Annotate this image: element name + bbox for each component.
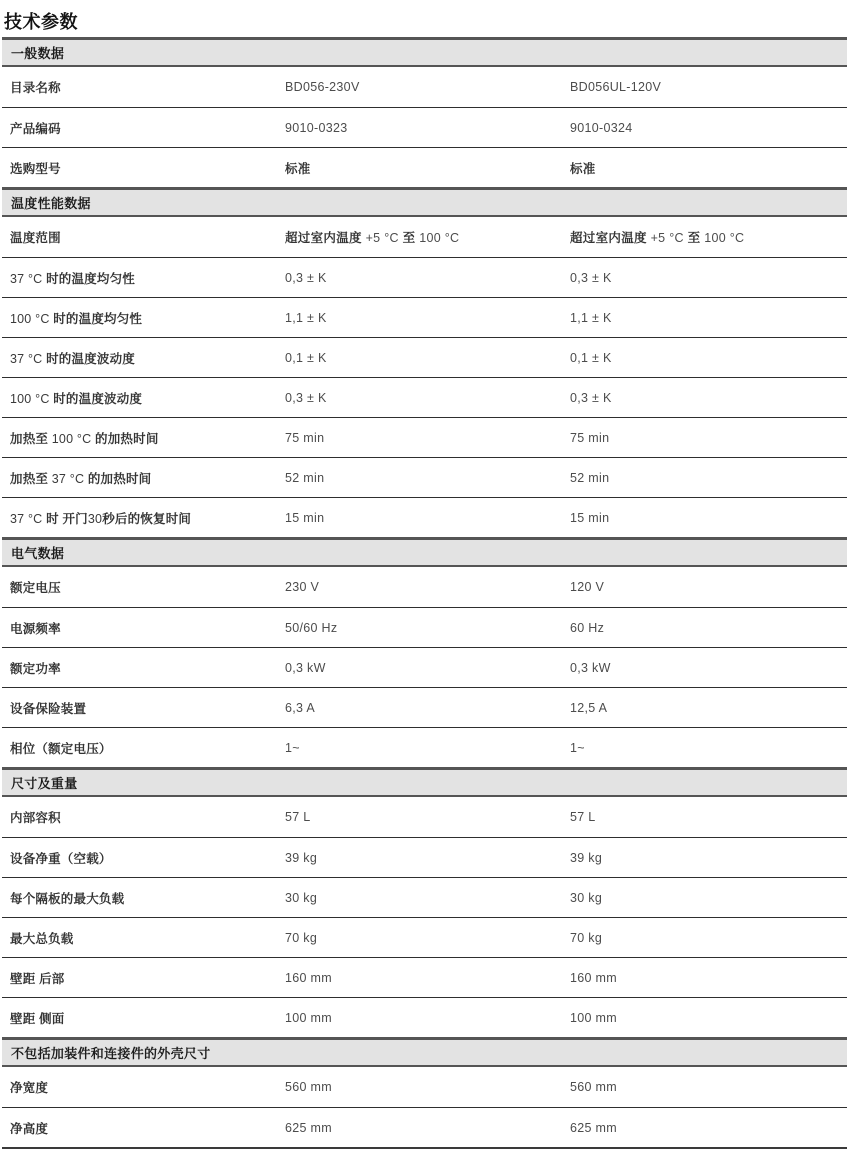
cell-value-col2: 1,1 ± K <box>570 311 847 325</box>
row-label: 额定功率 <box>10 659 285 677</box>
cell-value-col2: 160 mm <box>570 971 847 985</box>
row-label: 壁距 侧面 <box>10 1009 285 1027</box>
cell-value-col2: 120 V <box>570 580 847 594</box>
section-title: 电气数据 <box>11 543 64 562</box>
cell-value-col1: 0,1 ± K <box>285 351 570 365</box>
cell-value-col2: 60 Hz <box>570 621 847 635</box>
page-title: 技术参数 <box>0 0 858 37</box>
cell-value-col1: 50/60 Hz <box>285 621 570 635</box>
cell-value-col1: 230 V <box>285 580 570 594</box>
cell-value-col2: 52 min <box>570 471 847 485</box>
row-label: 目录名称 <box>10 78 285 96</box>
section-title: 一般数据 <box>11 43 64 62</box>
cell-value-col1: 0,3 ± K <box>285 391 570 405</box>
row-label: 37 °C 时 开门30秒后的恢复时间 <box>10 509 285 527</box>
row-label: 选购型号 <box>10 159 285 177</box>
table-row: 相位（额定电压） 1~ 1~ <box>2 727 847 767</box>
row-label: 37 °C 时的温度波动度 <box>10 349 285 367</box>
cell-value-col2: BD056UL-120V <box>570 80 847 94</box>
cell-value-col2: 15 min <box>570 511 847 525</box>
row-label: 100 °C 时的温度波动度 <box>10 389 285 407</box>
cell-value-col2: 100 mm <box>570 1011 847 1025</box>
section-title: 不包括加装件和连接件的外壳尺寸 <box>11 1043 211 1062</box>
row-label: 额定电压 <box>10 578 285 596</box>
cell-value-col1: 6,3 A <box>285 701 570 715</box>
cell-value-col1: 57 L <box>285 810 570 824</box>
row-label: 净高度 <box>10 1119 285 1137</box>
cell-value-col1: 0,3 kW <box>285 661 570 675</box>
cell-value-col1: 75 min <box>285 431 570 445</box>
cell-value-col1: 超过室内温度 +5 °C 至 100 °C <box>285 228 570 246</box>
table-row: 产品编码 9010-0323 9010-0324 <box>2 107 847 147</box>
table-row: 每个隔板的最大负载 30 kg 30 kg <box>2 877 847 917</box>
cell-value-col1: 52 min <box>285 471 570 485</box>
cell-value-col1: 1~ <box>285 741 570 755</box>
cell-value-col2: 9010-0324 <box>570 121 847 135</box>
cell-value-col1: 9010-0323 <box>285 121 570 135</box>
row-label: 温度范围 <box>10 228 285 246</box>
cell-value-col2: 0,1 ± K <box>570 351 847 365</box>
cell-value-col2: 0,3 ± K <box>570 391 847 405</box>
cell-value-col1: BD056-230V <box>285 80 570 94</box>
row-label: 内部容积 <box>10 808 285 826</box>
table-row: 37 °C 时的温度波动度 0,1 ± K 0,1 ± K <box>2 337 847 377</box>
table-row: 电源频率 50/60 Hz 60 Hz <box>2 607 847 647</box>
row-label: 加热至 37 °C 的加热时间 <box>10 469 285 487</box>
row-label: 最大总负载 <box>10 929 285 947</box>
cell-value-col1: 70 kg <box>285 931 570 945</box>
table-row: 加热至 37 °C 的加热时间 52 min 52 min <box>2 457 847 497</box>
table-row: 选购型号 标准 标准 <box>2 147 847 187</box>
cell-value-col2: 0,3 kW <box>570 661 847 675</box>
table-row: 壁距 侧面 100 mm 100 mm <box>2 997 847 1037</box>
cell-value-col1: 625 mm <box>285 1121 570 1135</box>
table-row: 100 °C 时的温度波动度 0,3 ± K 0,3 ± K <box>2 377 847 417</box>
section-header: 一般数据 <box>2 37 847 67</box>
cell-value-col1: 560 mm <box>285 1080 570 1094</box>
table-row: 额定电压 230 V 120 V <box>2 567 847 607</box>
cell-value-col2: 625 mm <box>570 1121 847 1135</box>
spec-table: 一般数据 目录名称 BD056-230V BD056UL-120V 产品编码 9… <box>2 37 847 1149</box>
table-row: 100 °C 时的温度均匀性 1,1 ± K 1,1 ± K <box>2 297 847 337</box>
row-label: 电源频率 <box>10 619 285 637</box>
cell-value-col2: 39 kg <box>570 851 847 865</box>
table-row: 设备净重（空载） 39 kg 39 kg <box>2 837 847 877</box>
row-label: 每个隔板的最大负载 <box>10 889 285 907</box>
table-row: 最大总负载 70 kg 70 kg <box>2 917 847 957</box>
row-label: 净宽度 <box>10 1078 285 1096</box>
row-label: 设备净重（空载） <box>10 849 285 867</box>
row-label: 设备保险装置 <box>10 699 285 717</box>
table-row: 额定功率 0,3 kW 0,3 kW <box>2 647 847 687</box>
cell-value-col2: 75 min <box>570 431 847 445</box>
row-label: 壁距 后部 <box>10 969 285 987</box>
cell-value-col2: 57 L <box>570 810 847 824</box>
cell-value-col1: 15 min <box>285 511 570 525</box>
table-row: 净宽度 560 mm 560 mm <box>2 1067 847 1107</box>
cell-value-col2: 30 kg <box>570 891 847 905</box>
section-title: 温度性能数据 <box>11 193 91 212</box>
cell-value-col2: 标准 <box>570 159 847 177</box>
cell-value-col1: 100 mm <box>285 1011 570 1025</box>
table-row: 目录名称 BD056-230V BD056UL-120V <box>2 67 847 107</box>
section-header: 电气数据 <box>2 537 847 567</box>
cell-value-col2: 1~ <box>570 741 847 755</box>
table-row: 加热至 100 °C 的加热时间 75 min 75 min <box>2 417 847 457</box>
row-label: 加热至 100 °C 的加热时间 <box>10 429 285 447</box>
row-label: 37 °C 时的温度均匀性 <box>10 269 285 287</box>
table-row: 壁距 后部 160 mm 160 mm <box>2 957 847 997</box>
section-title: 尺寸及重量 <box>11 773 78 792</box>
cell-value-col2: 560 mm <box>570 1080 847 1094</box>
table-row: 温度范围 超过室内温度 +5 °C 至 100 °C 超过室内温度 +5 °C … <box>2 217 847 257</box>
section-header: 温度性能数据 <box>2 187 847 217</box>
cell-value-col1: 标准 <box>285 159 570 177</box>
cell-value-col2: 12,5 A <box>570 701 847 715</box>
cell-value-col2: 70 kg <box>570 931 847 945</box>
table-row: 内部容积 57 L 57 L <box>2 797 847 837</box>
section-header: 尺寸及重量 <box>2 767 847 797</box>
row-label: 100 °C 时的温度均匀性 <box>10 309 285 327</box>
table-row: 净高度 625 mm 625 mm <box>2 1107 847 1147</box>
table-row: 设备保险装置 6,3 A 12,5 A <box>2 687 847 727</box>
cell-value-col1: 160 mm <box>285 971 570 985</box>
cell-value-col2: 0,3 ± K <box>570 271 847 285</box>
row-label: 相位（额定电压） <box>10 739 285 757</box>
table-row: 37 °C 时的温度均匀性 0,3 ± K 0,3 ± K <box>2 257 847 297</box>
cell-value-col1: 1,1 ± K <box>285 311 570 325</box>
cell-value-col1: 0,3 ± K <box>285 271 570 285</box>
cell-value-col1: 39 kg <box>285 851 570 865</box>
row-label: 产品编码 <box>10 119 285 137</box>
cell-value-col1: 30 kg <box>285 891 570 905</box>
table-row: 37 °C 时 开门30秒后的恢复时间 15 min 15 min <box>2 497 847 537</box>
cell-value-col2: 超过室内温度 +5 °C 至 100 °C <box>570 228 847 246</box>
section-header: 不包括加装件和连接件的外壳尺寸 <box>2 1037 847 1067</box>
